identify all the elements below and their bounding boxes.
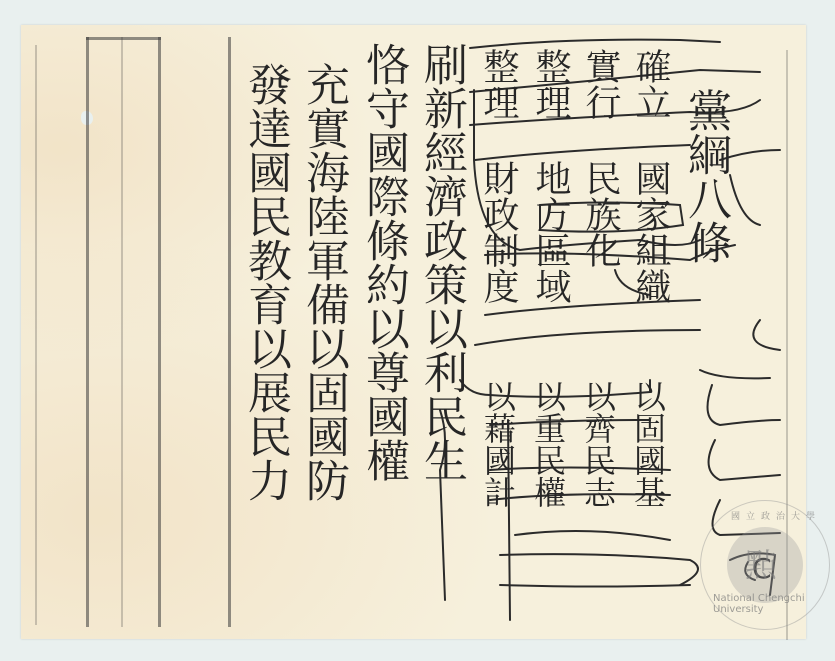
grid-item-text: 民族化	[580, 160, 620, 268]
stamp-ring-text-zh: 國立政治大學	[731, 509, 821, 522]
rule-line	[86, 37, 89, 627]
purpose-clause: 以固國基	[630, 380, 666, 508]
grid-item-lead: 實行	[580, 48, 620, 120]
purpose-text: 固國基	[629, 412, 667, 508]
purpose-clause: 以齊民志	[580, 380, 616, 508]
purpose-prefix: 以	[479, 380, 517, 412]
grid-item-lead: 整理	[530, 48, 570, 120]
grid-item-lead: 確立	[630, 48, 670, 120]
rule-line	[86, 37, 161, 40]
document-title: 黨綱八條	[680, 88, 730, 264]
stamp-center-glyph: 㸃	[745, 545, 777, 585]
purpose-prefix: 以	[579, 380, 617, 412]
grid-item-text: 財政制度	[478, 160, 518, 304]
grid-item-lead: 整理	[478, 48, 518, 120]
text-column: 恪守國際條約以尊國權	[358, 42, 408, 482]
purpose-prefix: 以	[529, 380, 567, 412]
purpose-text: 重民權	[529, 412, 567, 508]
grid-item-text: 地方區域	[530, 160, 570, 304]
stamp-ring-text-en: National Chengchi University	[713, 593, 829, 615]
text-column: 發達國民教育以展民力	[240, 62, 290, 502]
purpose-clause: 以藉國計	[480, 380, 516, 508]
purpose-text: 齊民志	[579, 412, 617, 508]
rule-line	[228, 37, 231, 627]
rule-line	[158, 37, 161, 627]
grid-item-text: 國家組織	[630, 160, 670, 304]
text-column: 刷新經濟政策以利民生	[416, 42, 466, 482]
purpose-clause: 以重民權	[530, 380, 566, 508]
library-stamp: 㸃 國立政治大學 National Chengchi University	[700, 500, 830, 630]
purpose-text: 藉國計	[479, 412, 517, 508]
rule-line	[35, 45, 37, 625]
text-column: 充實海陸軍備以固國防	[298, 62, 348, 502]
rule-line	[121, 37, 123, 627]
purpose-prefix: 以	[629, 380, 667, 412]
